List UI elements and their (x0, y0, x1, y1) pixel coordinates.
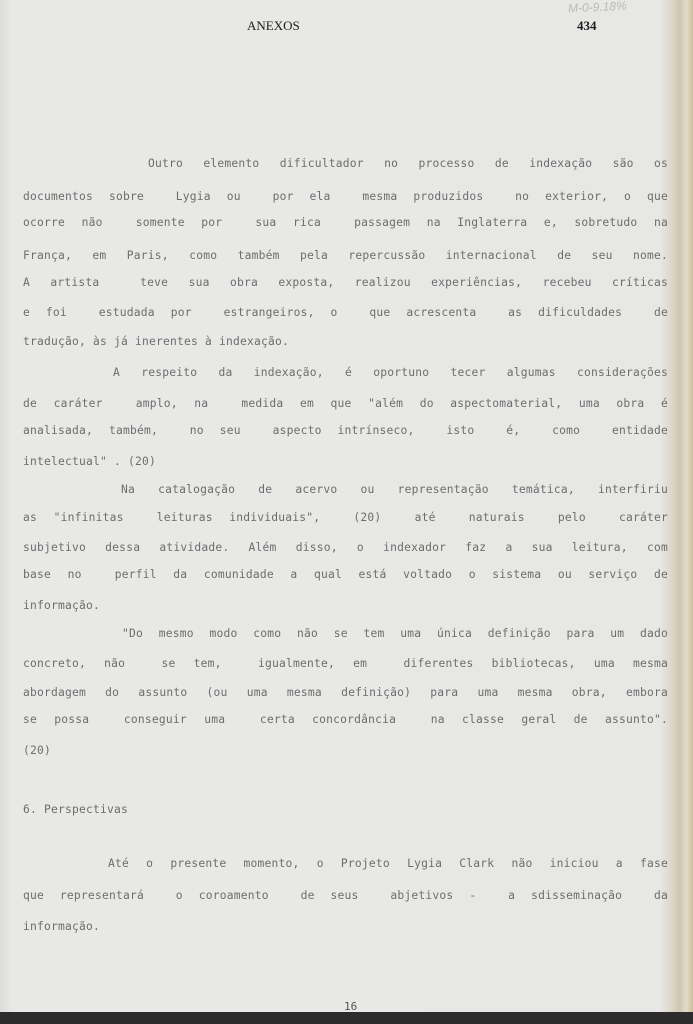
paragraph-2-line-4: intelectual" . (20) (23, 455, 668, 468)
paragraph-1-line-3: ocorre não somente por sua rica passagem… (23, 216, 668, 229)
paragraph-1-line-5: A artista teve sua obra exposta, realizo… (23, 276, 668, 289)
quote-line-5: (20) (23, 744, 668, 757)
section-line-2: que representará o coroamento de seus ab… (23, 889, 668, 902)
quote-line-1: "Do mesmo modo como não se tem uma única… (122, 627, 668, 640)
paragraph-2-line-1: A respeito da indexação, é oportuno tece… (113, 366, 668, 379)
paragraph-1-line-6: e foi estudada por estrangeiros, o que a… (23, 306, 668, 319)
section-line-3: informação. (23, 920, 668, 933)
document-page: M-0-9.18% ANEXOS 434 Outro elemento difi… (0, 0, 693, 1012)
paragraph-2-line-3: analisada, também, no seu aspecto intrín… (23, 424, 668, 437)
paragraph-3-line-4: base no perfil da comunidade a qual está… (23, 568, 668, 581)
section-line-1: Até o presente momento, o Projeto Lygia … (108, 857, 668, 870)
paragraph-3-line-5: informação. (23, 599, 668, 612)
paragraph-3-line-3: subjetivo dessa atividade. Além disso, o… (23, 541, 668, 554)
scan-bottom-edge (0, 1012, 693, 1024)
paragraph-1-line-1: Outro elemento dificultador no processo … (148, 157, 668, 170)
handwritten-stamp: M-0-9.18% (568, 0, 627, 16)
paragraph-1-line-2: documentos sobre Lygia ou por ela mesma … (23, 190, 668, 203)
quote-line-4: se possa conseguir uma certa concordânci… (23, 713, 668, 726)
quote-line-2: concreto, não se tem, igualmente, em dif… (23, 657, 668, 670)
section-heading: 6. Perspectivas (23, 803, 668, 816)
running-header-page-number: 434 (577, 18, 597, 34)
paragraph-2-line-2: de caráter amplo, na medida em que "além… (23, 397, 668, 410)
running-header-title: ANEXOS (247, 18, 300, 34)
paragraph-1-line-4: França, em Paris, como também pela reper… (23, 249, 668, 262)
paragraph-3-line-1: Na catalogação de acervo ou representaçã… (121, 483, 668, 496)
paragraph-3-line-2: as "infinitas leituras individuais", (20… (23, 511, 668, 524)
quote-line-3: abordagem do assunto (ou uma mesma defin… (23, 686, 668, 699)
paragraph-1-line-7: tradução, às já inerentes à indexação. (23, 335, 668, 348)
